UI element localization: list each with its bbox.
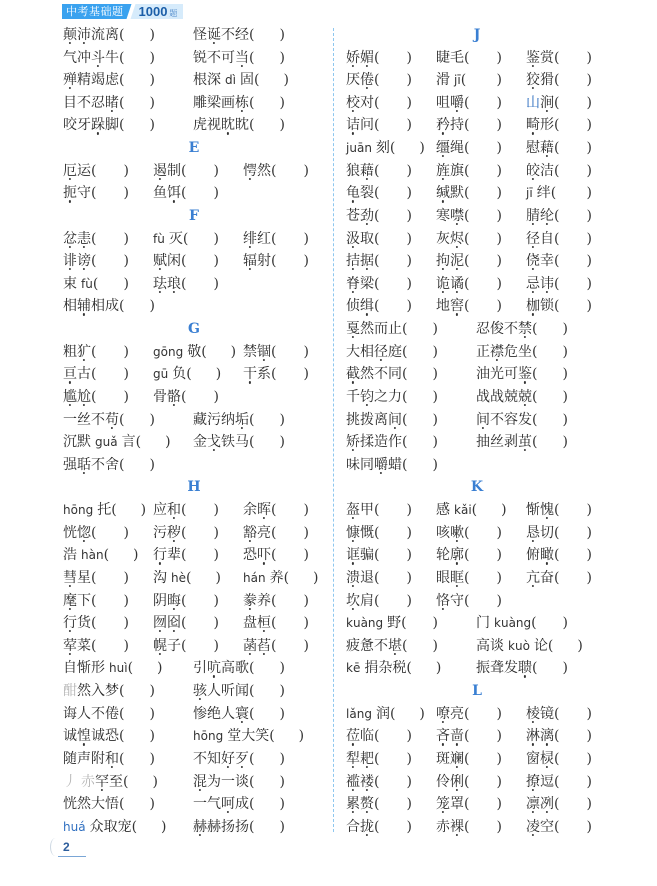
hanzi-char: 藏: [193, 412, 207, 428]
hanzi-char: 成: [105, 298, 119, 314]
hanzi-char: 画: [221, 95, 235, 111]
vocab-item: 污秽(): [153, 525, 219, 541]
hanzi-char: 烬: [450, 231, 464, 247]
hanzi-char: 目: [63, 95, 77, 111]
vocab-row: 恍惚()污秽()豁亮(): [63, 521, 325, 544]
vocab-item: 浩hàn(): [63, 547, 139, 563]
open-paren: (: [548, 638, 553, 654]
hanzi-char: 润: [376, 706, 390, 722]
hanzi-char: 惨: [193, 706, 207, 722]
hanzi-char: 一: [63, 412, 77, 428]
close-paren: ): [150, 27, 155, 43]
vocab-word: 赋闲: [153, 253, 181, 269]
vocab-word: huá众取宠: [63, 819, 132, 835]
open-paren: (: [554, 72, 559, 88]
vocab-item: 挑拨离间(): [346, 412, 438, 428]
close-paren: ): [304, 163, 309, 179]
hanzi-char: 虎: [193, 117, 207, 133]
hanzi-char: 吓: [257, 547, 271, 563]
vocab-word: 遏制: [153, 163, 181, 179]
hanzi-char: 罩: [450, 796, 464, 812]
hanzi-char: 慷: [346, 525, 360, 541]
hanzi-char: 托: [97, 502, 111, 518]
pinyin-letter: n: [78, 502, 86, 518]
hanzi-char: 冲: [77, 50, 91, 66]
close-paren: ): [407, 163, 412, 179]
vocab-row: 殚精竭虑()根深dì固(): [63, 69, 325, 92]
open-paren: (: [271, 638, 276, 654]
hanzi-char: 大: [91, 796, 105, 812]
hanzi-char: 合: [346, 819, 360, 835]
vocab-item: 狼藉(): [346, 163, 412, 179]
hanzi-char: 栋: [235, 95, 249, 111]
close-paren: ): [304, 615, 309, 631]
close-paren: ): [587, 140, 592, 156]
hanzi-char: 锢: [257, 344, 271, 360]
vocab-item: 遏制(): [153, 163, 219, 179]
open-paren: (: [402, 389, 407, 405]
close-paren: ): [497, 774, 502, 790]
pinyin-letter: ǎ: [349, 706, 356, 722]
hanzi-char: 谲: [450, 276, 464, 292]
hanzi-char: 犁: [346, 751, 360, 767]
close-paren: ): [497, 185, 502, 201]
close-paren: ): [124, 163, 129, 179]
open-paren: (: [554, 298, 559, 314]
hanzi-char: 污: [153, 525, 167, 541]
vocab-item: 味同嚼蜡(): [346, 457, 438, 473]
hanzi-char: 剥: [504, 434, 518, 450]
pinyin-letter: n: [208, 728, 216, 744]
vocab-item: 矫揉造作(): [346, 434, 438, 450]
vocab-item: 诓骗(): [346, 547, 412, 563]
vocab-item: 咳嗽(): [436, 525, 502, 541]
hanzi-char: 干: [243, 366, 257, 382]
vocab-word: 莅临: [346, 728, 374, 744]
open-paren: (: [554, 525, 559, 541]
open-paren: (: [532, 321, 537, 337]
hanzi-char: 制: [167, 163, 181, 179]
hanzi-char: 粗: [63, 344, 77, 360]
hanzi-char: 径: [526, 231, 540, 247]
close-paren: ): [150, 751, 155, 767]
open-paren: (: [119, 298, 124, 314]
vocab-item: 混为一谈(): [193, 774, 285, 790]
hanzi-char: 斑: [436, 751, 450, 767]
hanzi-char: 肩: [360, 593, 374, 609]
hanzi-char: 感: [436, 502, 450, 518]
vocab-row: lǎng润()嘹亮()棱镜(): [346, 702, 608, 725]
pinyin-letter: à: [509, 615, 516, 631]
hanzi-char: 瞰: [540, 547, 554, 563]
vocab-word: 行辈: [153, 547, 181, 563]
vocab-row: 大相径庭()正襟危坐(): [346, 340, 608, 363]
hanzi-char: 裂: [360, 185, 374, 201]
open-paren: (: [390, 706, 395, 722]
close-paren: ): [587, 819, 592, 835]
vocab-row: 千钧之力()战战兢兢(): [346, 386, 608, 409]
hanzi-char: 丝: [77, 412, 91, 428]
hanzi-char: 忿: [63, 231, 77, 247]
open-paren: (: [119, 796, 124, 812]
close-paren: ): [304, 525, 309, 541]
open-paren: (: [374, 231, 379, 247]
vocab-row: 强聒不舍(): [63, 454, 325, 477]
vocab-word: 余晖: [243, 502, 271, 518]
hanzi-char: 不: [193, 751, 207, 767]
vocab-word: 高谈kuò论: [476, 638, 548, 654]
vocab-item: 珐琅(): [153, 276, 219, 292]
hanzi-char: 盘: [243, 615, 257, 631]
open-paren: (: [554, 728, 559, 744]
hanzi-char: 门: [476, 615, 490, 631]
vocab-item: 拮据(): [346, 253, 412, 269]
vocab-item: juān刻(): [346, 140, 425, 156]
hanzi-char: 不: [207, 50, 221, 66]
hanzi-char: 纶: [540, 208, 554, 224]
open-paren: (: [461, 72, 466, 88]
vocab-item: 金戈铁马(): [193, 434, 285, 450]
close-paren: ): [563, 389, 568, 405]
section-letter-k: K: [346, 476, 608, 499]
pinyin-letter: ù: [85, 276, 93, 292]
vocab-word: 忍俊不禁: [476, 321, 532, 337]
hanzi-char: 眈: [221, 117, 235, 133]
hanzi-char: 诓: [346, 547, 360, 563]
vocab-item: 骇人听闻(): [193, 683, 285, 699]
hanzi-char: 当: [235, 50, 249, 66]
open-paren: (: [249, 751, 254, 767]
hanzi-char: 赫: [207, 819, 221, 835]
vocab-word: juān刻: [346, 140, 390, 156]
close-paren: ): [497, 50, 502, 66]
vocab-item: 阴晦(): [153, 593, 219, 609]
vocab-item: 千钧之力(): [346, 389, 438, 405]
hanzi-char: 廓: [450, 547, 464, 563]
vocab-item: 拘泥(): [436, 253, 502, 269]
question-count-badge: 1000 题: [130, 4, 184, 19]
hanzi-char: 辐: [243, 253, 257, 269]
open-paren: (: [554, 774, 559, 790]
close-paren: ): [280, 796, 285, 812]
vocab-item: 随声附和(): [63, 751, 155, 767]
hanzi-char: 闻: [235, 683, 249, 699]
vocab-item: 行辈(): [153, 547, 219, 563]
hanzi-char: 慨: [360, 525, 374, 541]
hanzi-char: 竭: [91, 72, 105, 88]
close-paren: ): [141, 502, 146, 518]
hanzi-char: 愕: [243, 163, 257, 179]
close-paren: ): [587, 502, 592, 518]
vocab-item: hōng托(): [63, 502, 146, 518]
hanzi-char: 淋: [526, 728, 540, 744]
close-paren: ): [587, 72, 592, 88]
vocab-word: 一气呵成: [193, 796, 249, 812]
vocab-word: 虎视眈眈: [193, 117, 249, 133]
hanzi-char: 洁: [540, 163, 554, 179]
vocab-word: 慰藉: [526, 140, 554, 156]
hanzi-char: 莅: [346, 728, 360, 744]
vocab-item: 狡猾(): [526, 72, 592, 88]
open-paren: (: [402, 344, 407, 360]
pinyin-letter: h: [63, 502, 71, 518]
vocab-word: 斑斓: [436, 751, 464, 767]
open-paren: (: [464, 547, 469, 563]
hanzi-char: 怪: [193, 27, 207, 43]
hanzi-char: 不: [91, 706, 105, 722]
pinyin-letter: g: [216, 728, 224, 744]
hanzi-char: 皎: [526, 163, 540, 179]
open-paren: (: [554, 253, 559, 269]
open-paren: (: [464, 525, 469, 541]
open-paren: (: [181, 502, 186, 518]
hanzi-char: 锁: [540, 298, 554, 314]
hanzi-char: 枷: [526, 298, 540, 314]
vocab-word: 行货: [63, 615, 91, 631]
hanzi-char: 不: [504, 321, 518, 337]
close-paren: ): [497, 706, 502, 722]
vocab-word: 诲人不倦: [63, 706, 119, 722]
open-paren: (: [132, 819, 137, 835]
vocab-item: 忿恚(): [63, 231, 129, 247]
close-paren: ): [313, 570, 318, 586]
hanzi-char: 丿: [63, 774, 77, 790]
open-paren: (: [554, 706, 559, 722]
vocab-word: 皎洁: [526, 163, 554, 179]
hanzi-char: 成: [235, 796, 249, 812]
open-paren: (: [91, 163, 96, 179]
vocab-word: 山涧: [526, 95, 554, 111]
open-paren: (: [186, 570, 191, 586]
pinyin-letter: ò: [523, 638, 530, 654]
open-paren: (: [464, 208, 469, 224]
hanzi-char: 麾: [63, 593, 77, 609]
vocab-word: 汲取: [346, 231, 374, 247]
close-paren: ): [124, 253, 129, 269]
vocab-item: 相辅相成(): [63, 298, 155, 314]
vocab-word: 伶俐: [436, 774, 464, 790]
hanzi-char: 兢: [504, 389, 518, 405]
hanzi-char: 相: [360, 344, 374, 360]
open-paren: (: [554, 751, 559, 767]
hanzi-char: 之: [374, 389, 388, 405]
open-paren: (: [181, 638, 186, 654]
hanzi-char: 忍: [476, 321, 490, 337]
close-paren: ): [587, 547, 592, 563]
vocab-item: 忌讳(): [526, 276, 592, 292]
hanzi-char: 辅: [77, 298, 91, 314]
close-paren: ): [497, 728, 502, 744]
hanzi-char: 甲: [360, 502, 374, 518]
vocab-item: 腈纶(): [526, 208, 592, 224]
section-letter-e: E: [63, 137, 325, 160]
vocab-word: 龟裂: [346, 185, 374, 201]
vocab-word: 幌子: [153, 638, 181, 654]
hanzi-char: 相: [63, 298, 77, 314]
hanzi-char: 庭: [388, 344, 402, 360]
vocab-item: 坎肩(): [346, 593, 412, 609]
vocab-item: 鱼饵(): [153, 185, 219, 201]
vocab-word: 酣然入梦: [63, 683, 119, 699]
hanzi-char: 镜: [540, 706, 554, 722]
hanzi-char: 寰: [235, 706, 249, 722]
vocab-word: hōng堂大笑: [193, 728, 269, 744]
vocab-item: 粗犷(): [63, 344, 129, 360]
open-paren: (: [374, 774, 379, 790]
close-paren: ): [433, 615, 438, 631]
hanzi-char: 灰: [436, 231, 450, 247]
vocab-item: 旌旗(): [436, 163, 502, 179]
section-letter-g: G: [63, 318, 325, 341]
pinyin-letter: ù: [157, 231, 165, 247]
vocab-item: 恍然大悟(): [63, 796, 155, 812]
vocab-row: kuàng野()门kuàng(): [346, 612, 608, 635]
hanzi-char: 然: [360, 366, 374, 382]
open-paren: (: [472, 502, 477, 518]
hanzi-char: 惭: [77, 660, 91, 676]
open-paren: (: [532, 434, 537, 450]
hanzi-char: 荤: [63, 638, 77, 654]
hanzi-char: 根: [193, 72, 207, 88]
close-paren: ): [304, 593, 309, 609]
close-paren: ): [563, 344, 568, 360]
hanzi-char: 和: [105, 751, 119, 767]
hanzi-char: 深: [207, 72, 221, 88]
open-paren: (: [181, 615, 186, 631]
hanzi-char: 诚: [91, 728, 105, 744]
vocab-word: 沉默guǎ言: [63, 434, 136, 450]
open-paren: (: [554, 50, 559, 66]
pinyin-letter: à: [361, 615, 368, 631]
vocab-word: kuàng野: [346, 615, 401, 631]
hanzi-char: 然: [77, 796, 91, 812]
book-series-label: 中考基础题: [62, 4, 132, 19]
hanzi-char: 力: [388, 389, 402, 405]
hanzi-char: 混: [193, 774, 207, 790]
close-paren: ): [587, 298, 592, 314]
hanzi-char: 侥: [526, 253, 540, 269]
close-paren: ): [407, 593, 412, 609]
open-paren: (: [271, 163, 276, 179]
vocab-row: 截然不同()油光可鉴(): [346, 363, 608, 386]
close-paren: ): [436, 660, 441, 676]
vocab-item: 扼守(): [63, 185, 129, 201]
close-paren: ): [304, 638, 309, 654]
hanzi-char: 和: [167, 502, 181, 518]
open-paren: (: [464, 298, 469, 314]
hanzi-char: 应: [153, 502, 167, 518]
hanzi-char: 咳: [436, 525, 450, 541]
vocab-word: 侥幸: [526, 253, 554, 269]
open-paren: (: [181, 163, 186, 179]
vocab-item: 愕然(): [243, 163, 309, 179]
vocab-item: 辐射(): [243, 253, 309, 269]
open-paren: (: [464, 774, 469, 790]
open-paren: (: [186, 366, 191, 382]
question-count: 1000: [139, 4, 168, 19]
close-paren: ): [407, 185, 412, 201]
vocab-item: 慰藉(): [526, 140, 592, 156]
hanzi-char: 畸: [526, 117, 540, 133]
vocab-word: 根深dì固: [193, 72, 254, 88]
vocab-item: 地窖(): [436, 298, 502, 314]
hanzi-char: 缉: [360, 298, 374, 314]
close-paren: ): [280, 50, 285, 66]
open-paren: (: [532, 412, 537, 428]
open-paren: (: [554, 819, 559, 835]
close-paren: ): [407, 547, 412, 563]
vocab-item: 应和(): [153, 502, 219, 518]
close-paren: ): [587, 728, 592, 744]
close-paren: ): [497, 276, 502, 292]
close-paren: ): [497, 751, 502, 767]
hanzi-char: 笑: [255, 728, 269, 744]
open-paren: (: [464, 50, 469, 66]
hanzi-char: 歌: [235, 660, 249, 676]
close-paren: ): [407, 117, 412, 133]
vocab-word: 惨绝人寰: [193, 706, 249, 722]
hanzi-char: 恪: [436, 593, 450, 609]
hanzi-char: 眼: [436, 570, 450, 586]
vocab-item: 吝啬(): [436, 728, 502, 744]
open-paren: (: [119, 751, 124, 767]
hanzi-char: 幸: [540, 253, 554, 269]
section-heading-row: J: [346, 24, 608, 47]
close-paren: ): [497, 140, 502, 156]
hanzi-char: 戈: [207, 434, 221, 450]
hanzi-char: 视: [207, 117, 221, 133]
hanzi-char: 马: [235, 434, 249, 450]
vocab-item: 强聒不舍(): [63, 457, 155, 473]
hanzi-char: 厌: [346, 72, 360, 88]
vocab-item: 感kǎi(): [436, 502, 507, 518]
vocab-item: 高谈kuò论(): [476, 638, 583, 654]
vocab-item: 豢养(): [243, 593, 309, 609]
pinyin-letter: g: [364, 706, 372, 722]
hanzi-char: 闲: [167, 253, 181, 269]
vocab-word: 凌空: [526, 819, 554, 835]
hanzi-char: 娇: [346, 50, 360, 66]
hanzi-char: 自: [540, 231, 554, 247]
vocab-word: 灰烬: [436, 231, 464, 247]
close-paren: ): [215, 570, 220, 586]
open-paren: (: [554, 140, 559, 156]
vocab-item: 行货(): [63, 615, 129, 631]
hanzi-char: 悟: [105, 796, 119, 812]
hanzi-char: 亢: [526, 570, 540, 586]
vocab-row: 咬牙跺脚()虎视眈眈(): [63, 114, 325, 137]
vocab-row: 犁耙()斑斓()窗棂(): [346, 748, 608, 771]
hanzi-char: 褛: [360, 774, 374, 790]
open-paren: (: [402, 366, 407, 382]
vocab-word: 恳切: [526, 525, 554, 541]
hanzi-char: 酣: [63, 683, 77, 699]
vocab-item: 诽谤(): [63, 253, 129, 269]
hanzi-char: 绝: [207, 706, 221, 722]
pinyin-letter: ō: [161, 344, 168, 360]
vocab-item: 门kuàng(): [476, 615, 568, 631]
pinyin-letter: k: [454, 502, 461, 518]
close-paren: ): [214, 525, 219, 541]
hanzi-char: 豢: [243, 593, 257, 609]
hanzi-char: 敬: [187, 344, 201, 360]
open-paren: (: [249, 774, 254, 790]
close-paren: ): [124, 366, 129, 382]
open-paren: (: [181, 593, 186, 609]
open-paren: (: [249, 117, 254, 133]
vocab-word: gōng敬: [153, 344, 201, 360]
open-paren: (: [464, 117, 469, 133]
